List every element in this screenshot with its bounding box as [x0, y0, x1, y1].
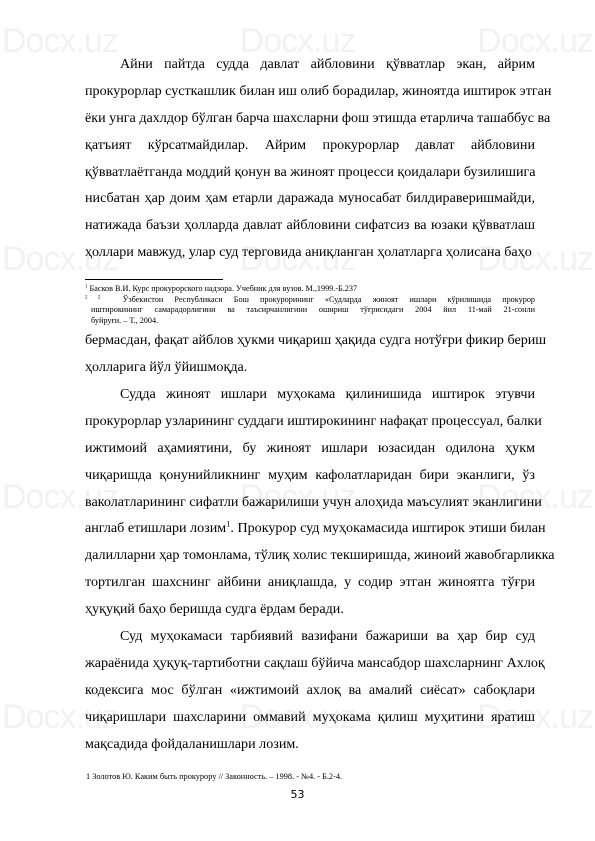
footnote-marker: 2 2 — [85, 295, 100, 300]
footnote-separator — [85, 279, 223, 280]
paragraph-1-continued: бермасдан, фақат айблов ҳукми чиқариш ҳа… — [85, 327, 535, 381]
footnote-2-line: буйруғи. – Т., 2004. — [85, 316, 535, 326]
footnote-2-line: иштирокининг самарадорлигини ва таъсирча… — [85, 305, 535, 315]
text-line: мақсадида фойдаланишлари лозим. — [85, 731, 535, 758]
paragraph-2: Судда жиноят ишлари муҳокама қилинишида … — [85, 381, 535, 623]
text-line: жараёнида ҳуқуқ-тартиботни сақлаш бўйича… — [85, 650, 535, 677]
paragraph-1: Айни пайтда судда давлат айбловини қўвва… — [85, 51, 535, 266]
text-line: чиқаришлари шахсларини оммавий муҳокама … — [85, 704, 535, 731]
text-line: ҳолларига йўл ўйишмоқда. — [85, 354, 535, 381]
text-line: Айни пайтда судда давлат айбловини қўвва… — [85, 51, 535, 78]
text-line: тортилган шахснинг айбини аниқлашда, у с… — [85, 569, 535, 596]
text-line: чиқаришда қонунийликнинг муҳим кафолатла… — [85, 462, 535, 489]
text-line: натижада баъзи ҳолларда давлат айбловини… — [85, 212, 535, 239]
footnote-marker: 1 — [85, 284, 87, 289]
text-segment: . Прокурор суд муҳокамасида иштирок этиш… — [230, 520, 545, 536]
text-line: бермасдан, фақат айблов ҳукми чиқариш ҳа… — [85, 327, 535, 354]
bottom-footnote: 1 Золотов Ю. Каким быть прокурору // Зак… — [86, 772, 342, 781]
text-line-with-footnote-ref: англаб етишлари лозим1. Прокурор суд муҳ… — [85, 515, 535, 542]
footnotes: 1 Басков В.И. Курс прокурорского надзора… — [85, 284, 535, 326]
footnote-text: Басков В.И. Курс прокурорского надзора. … — [90, 284, 358, 293]
text-line: ижтимоий аҳамиятини, бу жиноят ишлари юз… — [85, 435, 535, 462]
page-number: 53 — [0, 788, 595, 801]
footnote-text: Ўзбекистон Республикаси Бош прокуроринин… — [123, 295, 535, 304]
text-segment: англаб етишлари лозим — [85, 520, 226, 536]
text-line: ёки унга дахлдор бўлган барча шахсларни … — [85, 105, 535, 132]
text-line: нисбатан ҳар доим ҳам етарли даражада му… — [85, 185, 535, 212]
document-page: Docx.uz Docx.uz Docx.uz Docx.uz Docx.uz … — [0, 0, 595, 841]
text-line: Судда жиноят ишлари муҳокама қилинишида … — [85, 381, 535, 408]
paragraph-3: Суд муҳокамаси тарбиявий вазифани бажари… — [85, 623, 535, 757]
text-line: прокурорлар сусткашлик билан иш олиб бор… — [85, 78, 535, 105]
text-line: ҳуқуқий баҳо беришда судга ёрдам беради. — [85, 596, 535, 623]
text-line: прокурорлар узларининг суддаги иштирокин… — [85, 408, 535, 435]
footnote-1: 1 Басков В.И. Курс прокурорского надзора… — [85, 284, 535, 294]
text-line: далилларни ҳар томонлама, тўлиқ холис те… — [85, 542, 535, 569]
text-line: қўвватлаётганда моддий қонун ва жиноят п… — [85, 159, 535, 186]
text-line: ҳоллари мавжуд, улар суд терговида аниқл… — [85, 239, 535, 266]
text-line: ваколатларининг сифатли бажарилиши учун … — [85, 489, 535, 516]
text-line: Суд муҳокамаси тарбиявий вазифани бажари… — [85, 623, 535, 650]
text-line: қатъият кўрсатмайдилар. Айрим прокурорла… — [85, 132, 535, 159]
text-line: кодексига мос бўлган «ижтимоий ахлоқ ва … — [85, 677, 535, 704]
footnote-2-line: 2 2 Ўзбекистон Республикаси Бош прокурор… — [85, 295, 535, 305]
